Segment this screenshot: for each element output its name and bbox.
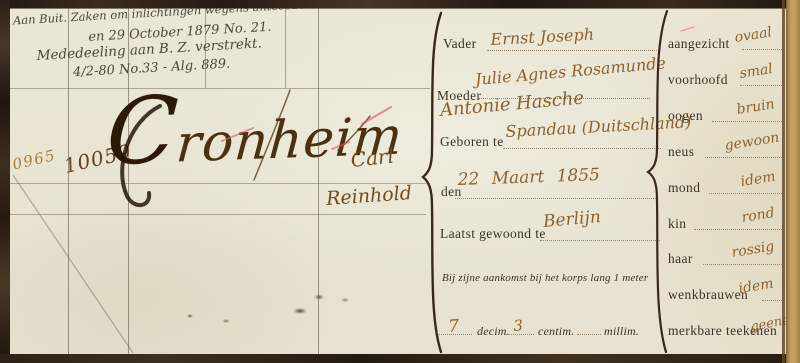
laatst-gewoond-value: Berlijn (542, 207, 601, 232)
surname-initial: C (104, 89, 180, 175)
moeder-value-line-1: Julie Agnes Rosamunde (474, 53, 666, 89)
datum-value: 22 Maart 1855 (457, 165, 600, 190)
column-rule-stub-2 (285, 8, 286, 88)
given-name-1: Carl (349, 144, 394, 172)
scan-border-left (0, 0, 10, 363)
signalement-label-mond: mond (668, 180, 700, 196)
signalement-leader-oogen (712, 121, 782, 122)
signalement-label-voorhoofd: voorhoofd (668, 72, 728, 88)
signalement-value-aangezicht: ovaal (733, 24, 773, 46)
signalement-leader-haar (703, 264, 782, 265)
register-page-scan: Aan Buit. Zaken om inlichtingen wegens a… (0, 0, 800, 363)
signalement-label-aangezicht: aangezicht (668, 36, 730, 52)
centim-value: 3 (513, 316, 524, 335)
signalement-value-oogen: bruin (735, 96, 775, 118)
laatst-gewoond-label: Laatst gewoond te (440, 226, 546, 242)
signalement-label-oogen: oogen (668, 108, 703, 124)
signalement-value-wenkbrauwen: idem (737, 276, 774, 297)
signalement-value-haar: rossig (730, 238, 775, 261)
row-rule-name-baseline (10, 183, 426, 184)
geboren-label: Geboren te (440, 134, 504, 150)
signalement-leader-wenkbrauwen (762, 300, 782, 301)
centim-label: centim. (538, 324, 574, 339)
row-rule-name-baseline-2 (10, 214, 426, 215)
millim-leader (577, 334, 601, 335)
geboren-leader (503, 148, 661, 149)
decim-label: decim. (477, 324, 510, 339)
laatst-gewoond-leader (540, 240, 660, 241)
geboren-value: Spandau (Duitschland) (505, 112, 692, 141)
signalement-value-mond: idem (739, 169, 776, 190)
red-mark-4 (681, 27, 694, 31)
pencil-line (13, 175, 133, 353)
signalement-leader-voorhoofd (740, 85, 782, 86)
page-edge-tan (786, 0, 800, 363)
signalement-value-voorhoofd: smal (738, 61, 773, 82)
given-name-2: Reinhold (325, 182, 412, 210)
lengte-label: Bij zijne aankomst bij het korps lang 1 … (442, 272, 648, 284)
signalement-leader-mond (709, 193, 782, 194)
vader-label: Vader (443, 36, 476, 52)
vader-leader (487, 50, 657, 51)
page-edge-line (782, 0, 785, 363)
column-rule-3 (318, 8, 319, 354)
signalement-label-haar: haar (668, 251, 693, 267)
millim-label: millim. (604, 324, 639, 339)
datum-leader (455, 198, 658, 199)
signalement-label-kin: kin (668, 216, 686, 232)
signalement-value-kin: rond (740, 205, 775, 226)
signalement-leader-aangezicht (742, 49, 782, 50)
signalement-leader-neus (705, 157, 782, 158)
signalement-label-wenkbrauwen: wenkbrauwen (668, 287, 748, 303)
signalement-label-neus: neus (668, 144, 694, 160)
scan-border-top (0, 0, 800, 8)
signalement-leader-kin (694, 229, 782, 230)
vader-value: Ernst Joseph (490, 25, 594, 49)
scan-border-bottom (0, 354, 800, 363)
decim-value: 7 (448, 316, 460, 337)
signalement-value-neus: gewoon (723, 130, 780, 154)
